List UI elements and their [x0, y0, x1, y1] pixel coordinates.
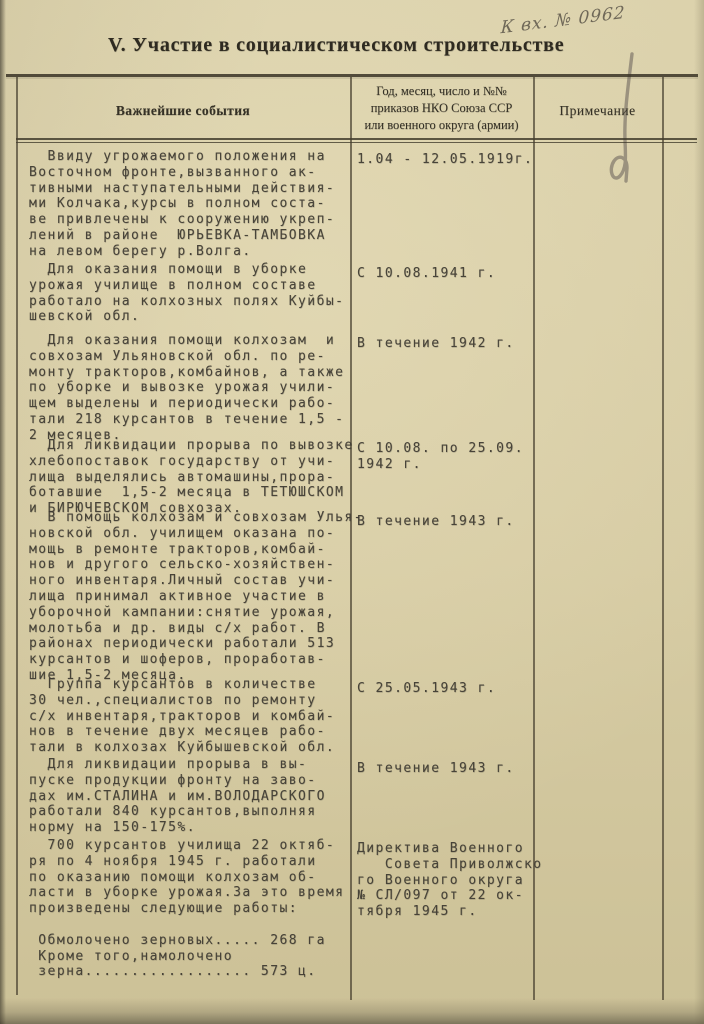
- table-row-event: Для оказания помощи в уборке урожая учил…: [29, 262, 364, 325]
- table-row-event: 700 курсантов училища 22 октяб- ря по 4 …: [29, 838, 364, 980]
- header-orders-column: Год, месяц, число и №№ приказов НКО Союз…: [350, 83, 533, 134]
- table-row-event: Ввиду угрожаемого положения на Восточном…: [29, 149, 364, 260]
- scan-edge-left: [0, 0, 6, 1024]
- table-right-border: [662, 77, 664, 1000]
- table-left-border: [16, 77, 18, 995]
- table-row-directive: Директива Военного Совета Приволжско го …: [357, 841, 552, 920]
- header-underline-2: [16, 142, 697, 143]
- header-underline-1: [16, 138, 697, 140]
- table-row-event: В помощь колхозам и совхозам Улья- новск…: [29, 510, 364, 684]
- table-row-date: В течение 1943 г.: [357, 514, 552, 530]
- scan-edge-right: [694, 0, 704, 1024]
- handwritten-registration-number: К вх. № 0962: [500, 0, 700, 38]
- table-row-date: С 10.08. по 25.09. 1942 г.: [357, 441, 552, 473]
- table-row-event: Для ликвидации прорыва в вы- пуске проду…: [29, 757, 364, 836]
- table-row-event: Для оказания помощи колхозам и совхозам …: [29, 333, 364, 444]
- pencil-flourish-mark: [596, 50, 656, 200]
- table-row-event: Для ликвидации прорыва по вывозке хлебоп…: [29, 438, 364, 517]
- document-page: К вх. № 0962 V. Участие в социалистическ…: [0, 0, 704, 1024]
- scan-edge-bottom: [0, 998, 704, 1024]
- table-row-date: 1.04 - 12.05.1919г.: [357, 152, 552, 168]
- table-row-date: С 25.05.1943 г.: [357, 681, 552, 697]
- page-title: V. Участие в социалистическом строительс…: [108, 34, 628, 57]
- table-row-date: В течение 1943 г.: [357, 761, 552, 777]
- table-row-event: Группа курсантов в количестве 30 чел.,сп…: [29, 677, 364, 756]
- table-row-date: С 10.08.1941 г.: [357, 266, 552, 282]
- table-top-rule: [6, 74, 698, 77]
- header-events-column: Важнейшие события: [16, 103, 350, 119]
- header-note-column: Примечание: [533, 103, 662, 119]
- table-row-date: В течение 1942 г.: [357, 336, 552, 352]
